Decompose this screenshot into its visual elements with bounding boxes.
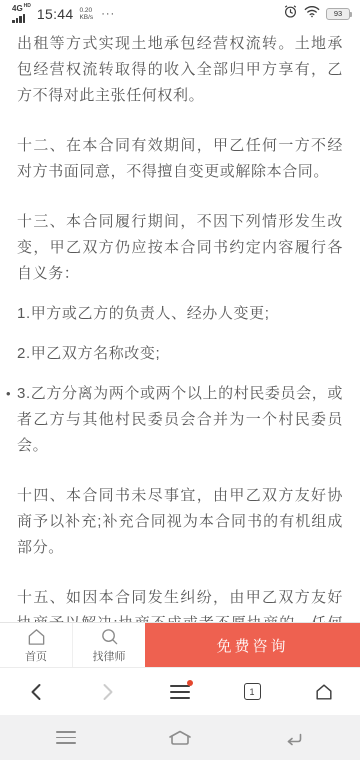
- search-icon: [99, 627, 120, 647]
- contract-paragraph: 十二、在本合同有效期间，甲乙任何一方不经对方书面同意，不得擅自变更或解除本合同。: [17, 133, 343, 185]
- status-bar: 4G HD 15:44 0.20 KB/s ···: [0, 0, 360, 25]
- tab-count-icon: 1: [244, 683, 261, 700]
- wifi-icon: [304, 5, 320, 23]
- menu-icon: [170, 684, 190, 700]
- battery-icon: 93: [326, 8, 350, 20]
- contract-list-item-text: 3.乙方分离为两个或两个以上的村民委员会，或者乙方与其他村民委员会合并为一个村民…: [17, 385, 343, 454]
- tab-home-label: 首页: [25, 648, 47, 664]
- browser-back-button[interactable]: [0, 668, 72, 715]
- system-menu-button[interactable]: [56, 731, 76, 744]
- contract-list-item: •3.乙方分离为两个或两个以上的村民委员会，或者乙方与其他村民委员会合并为一个村…: [17, 381, 343, 459]
- system-back-icon: [284, 729, 304, 747]
- status-left-group: 4G HD 15:44 0.20 KB/s ···: [12, 5, 115, 23]
- hd-badge: HD: [24, 4, 31, 9]
- forward-chevron-icon: [100, 682, 116, 702]
- browser-forward-button[interactable]: [72, 668, 144, 715]
- network-speed-value: 0.20: [79, 7, 92, 14]
- home-icon: [26, 627, 47, 647]
- notification-dot: [187, 680, 193, 686]
- browser-menu-button[interactable]: [144, 668, 216, 715]
- back-chevron-icon: [28, 682, 44, 702]
- network-speed-unit: KB/s: [79, 14, 93, 21]
- network-type-label: 4G: [12, 5, 23, 13]
- bullet-marker: •: [6, 381, 11, 407]
- signal-bars-icon: [12, 14, 25, 23]
- battery-percent: 93: [334, 9, 342, 18]
- status-more-icon: ···: [101, 8, 115, 20]
- cellular-signal-icon: 4G HD: [12, 5, 31, 23]
- browser-home-icon: [314, 682, 334, 702]
- alarm-clock-icon: [283, 4, 298, 24]
- contract-paragraph: 出租等方式实现土地承包经营权流转。土地承包经营权流转取得的收入全部归甲方享有，乙…: [17, 31, 343, 109]
- browser-nav-bar: 1: [0, 668, 360, 715]
- system-back-button[interactable]: [284, 729, 304, 747]
- tab-count: 1: [249, 687, 254, 697]
- app-tab-bar: 首页 找律师 免费咨询: [0, 622, 360, 668]
- contract-paragraph: 十四、本合同书未尽事宜，由甲乙双方友好协商予以补充;补充合同视为本合同书的有机组…: [17, 483, 343, 561]
- tab-find-lawyer[interactable]: 找律师: [72, 623, 145, 667]
- tab-home[interactable]: 首页: [0, 623, 72, 667]
- browser-home-button[interactable]: [288, 668, 360, 715]
- network-speed: 0.20 KB/s: [79, 7, 93, 21]
- browser-tabs-button[interactable]: 1: [216, 668, 288, 715]
- contract-list-item: 1.甲方或乙方的负责人、经办人变更;: [17, 301, 343, 327]
- free-consult-button[interactable]: 免费咨询: [145, 623, 360, 667]
- system-menu-icon: [56, 731, 76, 744]
- system-nav-bar: [0, 715, 360, 760]
- system-home-button[interactable]: [167, 729, 193, 747]
- clock-time: 15:44: [37, 6, 74, 22]
- contract-document: 出租等方式实现土地承包经营权流转。土地承包经营权流转取得的收入全部归甲方享有，乙…: [0, 25, 360, 713]
- status-right-group: 93: [283, 4, 350, 24]
- contract-paragraph: 十三、本合同履行期间，不因下列情形发生改变，甲乙双方仍应按本合同书约定内容履行各…: [17, 209, 343, 287]
- system-home-icon: [167, 729, 193, 747]
- contract-list-item: 2.甲乙双方名称改变;: [17, 341, 343, 367]
- tab-find-lawyer-label: 找律师: [93, 648, 126, 664]
